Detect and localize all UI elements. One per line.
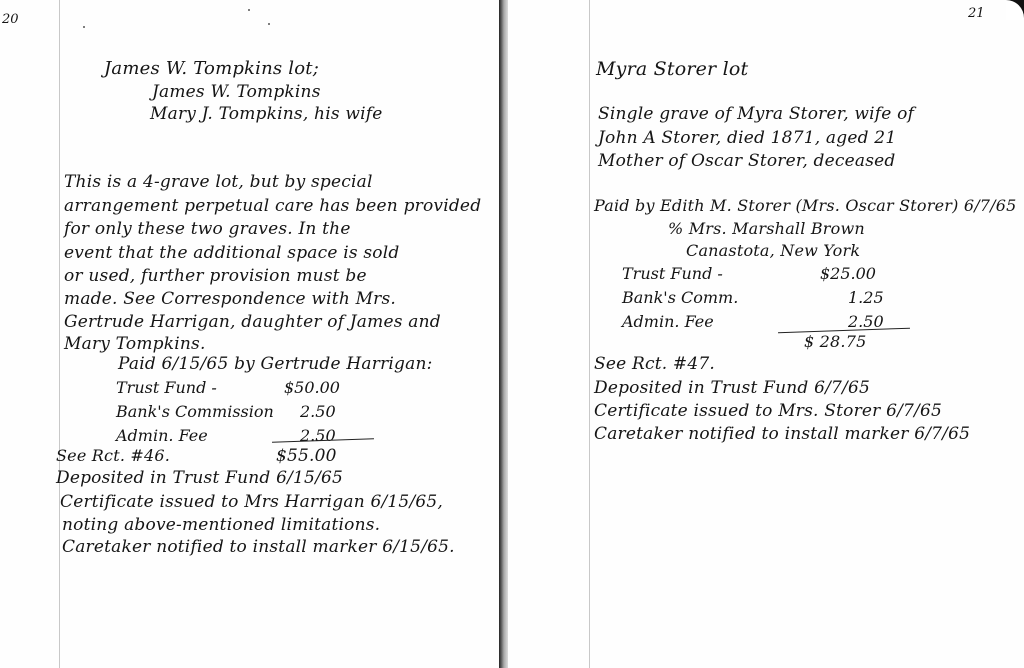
receipt-reference: See Rct. #47. bbox=[594, 356, 715, 373]
note-line: Certificate issued to Mrs. Storer 6/7/65 bbox=[594, 403, 942, 420]
description-line: Single grave of Myra Storer, wife of bbox=[598, 106, 914, 123]
ledger-label: Trust Fund - bbox=[622, 264, 723, 283]
ledger-amount: $50.00 bbox=[284, 378, 340, 397]
payment-ledger: Trust Fund - $25.00 Bank's Comm. 1.25 Ad… bbox=[622, 264, 912, 336]
lot-title: James W. Tompkins lot; bbox=[104, 60, 319, 78]
note-line: Certificate issued to Mrs Harrigan 6/15/… bbox=[60, 494, 443, 511]
ink-speck bbox=[268, 23, 270, 25]
page-number: 20 bbox=[2, 12, 19, 27]
ledger-row: Admin. Fee 2.50 bbox=[622, 312, 912, 336]
ledger-row: Bank's Comm. 1.25 bbox=[622, 288, 912, 312]
description-line: Mother of Oscar Storer, deceased bbox=[598, 153, 895, 170]
paragraph-line: event that the additional space is sold bbox=[64, 245, 399, 262]
ledger-row: Bank's Commission 2.50 bbox=[116, 402, 386, 426]
paragraph-line: made. See Correspondence with Mrs. bbox=[64, 291, 396, 308]
page-number: 21 bbox=[968, 6, 985, 21]
note-line: Deposited in Trust Fund 6/7/65 bbox=[594, 380, 870, 397]
ledger-total: $55.00 bbox=[276, 448, 337, 465]
right-page: 21 Myra Storer lot Single grave of Myra … bbox=[508, 0, 1024, 668]
ink-speck bbox=[248, 9, 250, 11]
ledger-row: Trust Fund - $25.00 bbox=[622, 264, 912, 288]
ledger-label: Trust Fund - bbox=[116, 378, 217, 397]
ink-speck bbox=[83, 26, 85, 28]
ledger-label: Bank's Comm. bbox=[622, 288, 738, 307]
payment-header: Paid by Edith M. Storer (Mrs. Oscar Stor… bbox=[594, 198, 1017, 214]
paragraph-line: Gertrude Harrigan, daughter of James and bbox=[64, 314, 441, 331]
payment-header: Paid 6/15/65 by Gertrude Harrigan: bbox=[118, 356, 433, 373]
ledger-amount: 2.50 bbox=[300, 426, 336, 445]
ledger-total: $ 28.75 bbox=[804, 334, 866, 350]
ledger-row: Trust Fund - $50.00 bbox=[116, 378, 386, 402]
payer-address-line: % Mrs. Marshall Brown bbox=[668, 221, 865, 237]
ledger-label: Admin. Fee bbox=[116, 426, 208, 445]
paragraph-line: This is a 4-grave lot, but by special bbox=[64, 174, 373, 191]
paragraph-line: for only these two graves. In the bbox=[64, 221, 351, 238]
ledger-amount: 2.50 bbox=[300, 402, 336, 421]
left-page: 20 James W. Tompkins lot; James W. Tompk… bbox=[0, 0, 500, 668]
note-line: noting above-mentioned limitations. bbox=[62, 517, 380, 534]
note-line: Caretaker notified to install marker 6/1… bbox=[62, 539, 455, 556]
payer-address-line: Canastota, New York bbox=[686, 243, 860, 259]
margin-rule bbox=[59, 0, 60, 668]
note-line: Caretaker notified to install marker 6/7… bbox=[594, 426, 970, 443]
ledger-amount: $25.00 bbox=[820, 264, 876, 283]
paragraph-line: Mary Tompkins. bbox=[64, 336, 206, 353]
paragraph-line: or used, further provision must be bbox=[64, 268, 367, 285]
lot-owner: Mary J. Tompkins, his wife bbox=[150, 106, 383, 123]
ledger-amount: 1.25 bbox=[848, 288, 884, 307]
margin-rule bbox=[589, 0, 590, 668]
ledger-label: Admin. Fee bbox=[622, 312, 714, 331]
paragraph-line: arrangement perpetual care has been prov… bbox=[64, 198, 481, 215]
description-line: John A Storer, died 1871, aged 21 bbox=[598, 130, 896, 147]
lot-owner: James W. Tompkins bbox=[152, 84, 321, 101]
note-line: Deposited in Trust Fund 6/15/65 bbox=[56, 470, 343, 487]
ledger-label: Bank's Commission bbox=[116, 402, 274, 421]
lot-title: Myra Storer lot bbox=[596, 60, 748, 79]
receipt-reference: See Rct. #46. bbox=[56, 448, 170, 464]
